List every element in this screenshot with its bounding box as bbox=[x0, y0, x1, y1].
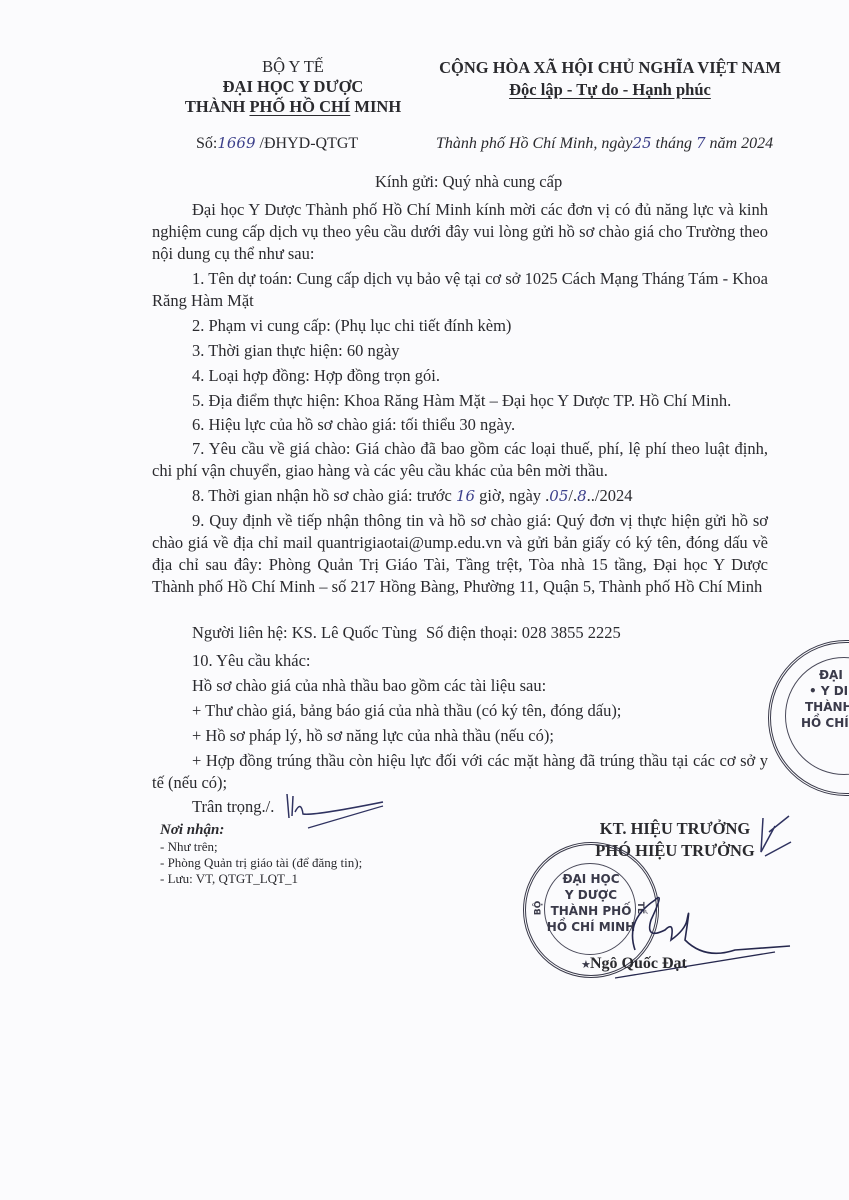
signer-name: Ngô Quốc Đạt bbox=[590, 955, 687, 973]
greeting: Kính gửi: Quý nhà cung cấp bbox=[375, 172, 562, 192]
item-6: 6. Hiệu lực của hồ sơ chào giá: tối thiể… bbox=[192, 415, 515, 435]
ministry-name: BỘ Y TẾ bbox=[178, 57, 408, 77]
closing: Trân trọng./. bbox=[192, 797, 274, 817]
approval-initial-icon bbox=[755, 812, 795, 862]
national-header: CỘNG HÒA XÃ HỘI CHỦ NGHĨA VIỆT NAM Độc l… bbox=[430, 57, 790, 101]
handwritten-number: 1669 bbox=[217, 134, 255, 152]
item-5: 5. Địa điểm thực hiện: Khoa Răng Hàm Mặt… bbox=[192, 391, 731, 411]
item-7: 7. Yêu cầu về giá chào: Giá chào đã bao … bbox=[152, 438, 768, 482]
doc-requirement: + Hợp đồng trúng thầu còn hiệu lực đối v… bbox=[152, 750, 768, 794]
university-name: ĐẠI HỌC Y DƯỢC bbox=[178, 77, 408, 97]
issuer-block: BỘ Y TẾ ĐẠI HỌC Y DƯỢC THÀNH PHỐ HỒ CHÍ … bbox=[178, 57, 408, 117]
handwritten-deadline-month: 8 bbox=[577, 487, 587, 505]
recipient-item: - Lưu: VT, QTGT_LQT_1 bbox=[160, 871, 362, 887]
recipient-item: - Như trên; bbox=[160, 839, 362, 855]
contact-person: Người liên hệ: KS. Lê Quốc Tùng bbox=[192, 623, 417, 643]
handwritten-deadline-day: 05 bbox=[549, 487, 568, 505]
document-date: Thành phố Hồ Chí Minh, ngày25 tháng 7 nă… bbox=[436, 134, 773, 153]
item-8: 8. Thời gian nhận hồ sơ chào giá: trước … bbox=[192, 486, 633, 506]
doc-requirement: + Hồ sơ pháp lý, hồ sơ năng lực của nhà … bbox=[192, 726, 554, 746]
page-edge-seal: ĐẠI • Y DI THÀNH HỒ CHÍ bbox=[768, 640, 849, 796]
docs-intro: Hồ sơ chào giá của nhà thầu bao gồm các … bbox=[192, 676, 546, 696]
handwritten-hour: 16 bbox=[456, 487, 475, 505]
national-motto: Độc lập - Tự do - Hạnh phúc bbox=[430, 79, 790, 101]
edge-seal-text: ĐẠI • Y DI THÀNH HỒ CHÍ bbox=[801, 667, 849, 731]
handwritten-month: 7 bbox=[696, 134, 706, 152]
doc-requirement: + Thư chào giá, bảng báo giá của nhà thầ… bbox=[192, 701, 621, 721]
item-3: 3. Thời gian thực hiện: 60 ngày bbox=[192, 341, 400, 361]
item-1: 1. Tên dự toán: Cung cấp dịch vụ bảo vệ … bbox=[152, 268, 768, 312]
document-page: BỘ Y TẾ ĐẠI HỌC Y DƯỢC THÀNH PHỐ HỒ CHÍ … bbox=[0, 0, 849, 1200]
recipient-item: - Phòng Quản trị giáo tài (để đăng tin); bbox=[160, 855, 362, 871]
document-number: Số:1669 /ĐHYD-QTGT bbox=[196, 134, 358, 153]
contact-phone: Số điện thoại: 028 3855 2225 bbox=[426, 623, 621, 643]
item-4: 4. Loại hợp đồng: Hợp đồng trọn gói. bbox=[192, 366, 440, 386]
nation-title: CỘNG HÒA XÃ HỘI CHỦ NGHĨA VIỆT NAM bbox=[430, 57, 790, 79]
recipients-title: Nơi nhận: bbox=[160, 821, 362, 839]
item-9: 9. Quy định về tiếp nhận thông tin và hồ… bbox=[152, 510, 768, 598]
item-2: 2. Phạm vi cung cấp: (Phụ lục chi tiết đ… bbox=[192, 316, 511, 336]
item-10: 10. Yêu cầu khác: bbox=[192, 651, 311, 671]
handwritten-day: 25 bbox=[632, 134, 651, 152]
recipients-block: Nơi nhận: - Như trên; - Phòng Quản trị g… bbox=[160, 821, 362, 887]
intro-paragraph: Đại học Y Dược Thành phố Hồ Chí Minh kín… bbox=[152, 199, 768, 265]
university-city: THÀNH PHỐ HỒ CHÍ MINH bbox=[178, 97, 408, 117]
